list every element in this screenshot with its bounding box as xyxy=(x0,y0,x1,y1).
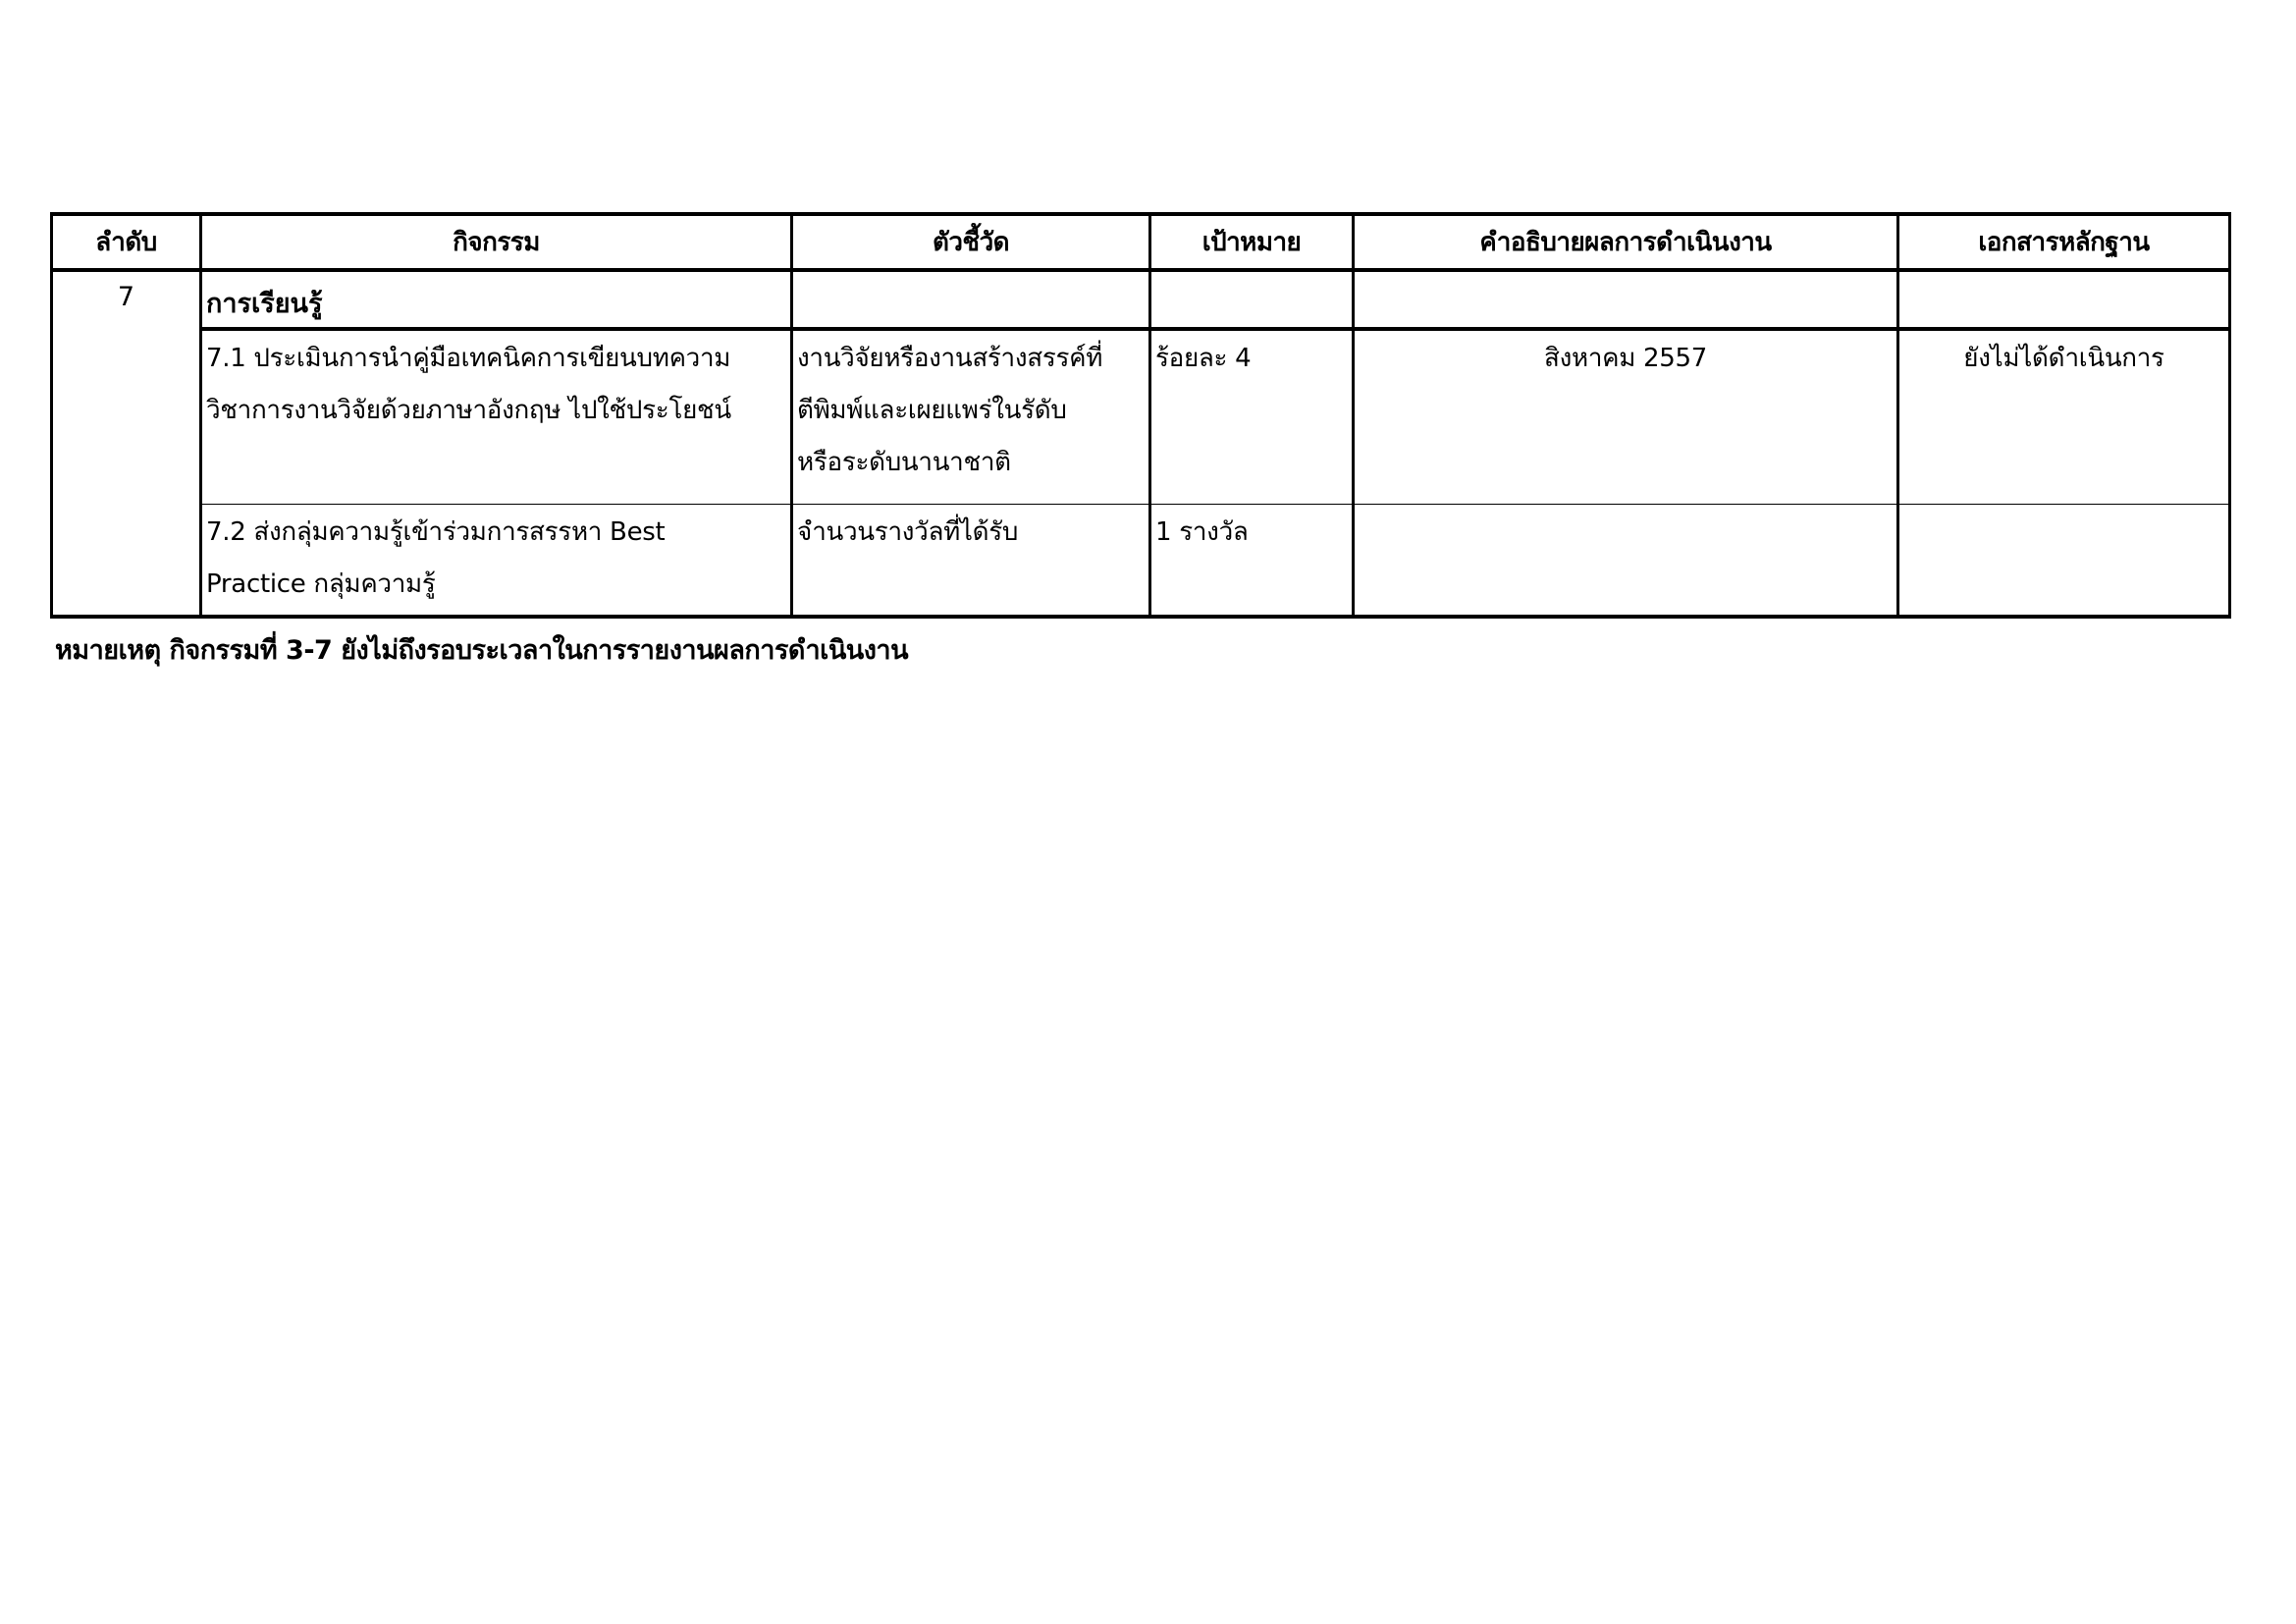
target-cell: 1 รางวัล xyxy=(1150,504,1354,617)
group-number: 7 xyxy=(52,270,201,617)
indicator-cell: งานวิจัยหรืองานสร้างสรรค์ที่ ตีพิมพ์และเ… xyxy=(792,329,1150,504)
header-target: เป้าหมาย xyxy=(1150,214,1354,270)
group-title: การเรียนรู้ xyxy=(201,270,792,329)
group-target-cell xyxy=(1150,270,1354,329)
activity-cell: 7.1 ประเมินการนำคู่มือเทคนิคการเขียนบทคว… xyxy=(201,329,792,504)
indicator-text: หรือระดับนานาชาติ xyxy=(797,437,1145,489)
activity-text: Practice กลุ่มความรู้ xyxy=(206,559,786,611)
activity-report-table: ลำดับ กิจกรรม ตัวชี้วัด เป้าหมาย คำอธิบา… xyxy=(50,212,2231,619)
indicator-text: งานวิจัยหรืองานสร้างสรรค์ที่ xyxy=(797,333,1145,385)
target-cell: ร้อยละ 4 xyxy=(1150,329,1354,504)
activity-text: 7.2 ส่งกลุ่มความรู้เข้าร่วมการสรรหา Best xyxy=(206,507,786,559)
table-row: 7.2 ส่งกลุ่มความรู้เข้าร่วมการสรรหา Best… xyxy=(52,504,2230,617)
activity-text: วิชาการงานวิจัยด้วยภาษาอังกฤษ ไปใช้ประโย… xyxy=(206,385,786,437)
table-group-row: 7 การเรียนรู้ xyxy=(52,270,2230,329)
header-result-description: คำอธิบายผลการดำเนินงาน xyxy=(1354,214,1898,270)
evidence-cell xyxy=(1898,504,2230,617)
activity-cell: 7.2 ส่งกลุ่มความรู้เข้าร่วมการสรรหา Best… xyxy=(201,504,792,617)
group-indicator-cell xyxy=(792,270,1150,329)
table-header-row: ลำดับ กิจกรรม ตัวชี้วัด เป้าหมาย คำอธิบา… xyxy=(52,214,2230,270)
header-indicator: ตัวชี้วัด xyxy=(792,214,1150,270)
document-page: ลำดับ กิจกรรม ตัวชี้วัด เป้าหมาย คำอธิบา… xyxy=(0,0,2296,1624)
indicator-text: จำนวนรางวัลที่ได้รับ xyxy=(797,507,1145,559)
header-evidence: เอกสารหลักฐาน xyxy=(1898,214,2230,270)
description-cell: สิงหาคม 2557 xyxy=(1354,329,1898,504)
header-activity: กิจกรรม xyxy=(201,214,792,270)
group-evidence-cell xyxy=(1898,270,2230,329)
table-row: 7.1 ประเมินการนำคู่มือเทคนิคการเขียนบทคว… xyxy=(52,329,2230,504)
activity-text: 7.1 ประเมินการนำคู่มือเทคนิคการเขียนบทคว… xyxy=(206,333,786,385)
evidence-cell: ยังไม่ได้ดำเนินการ xyxy=(1898,329,2230,504)
header-sequence: ลำดับ xyxy=(52,214,201,270)
group-description-cell xyxy=(1354,270,1898,329)
indicator-cell: จำนวนรางวัลที่ได้รับ xyxy=(792,504,1150,617)
indicator-text: ตีพิมพ์และเผยแพร่ในรัดับ xyxy=(797,385,1145,437)
description-cell xyxy=(1354,504,1898,617)
footnote: หมายเหตุ กิจกรรมที่ 3-7 ยังไม่ถึงรอบระเว… xyxy=(55,628,908,671)
